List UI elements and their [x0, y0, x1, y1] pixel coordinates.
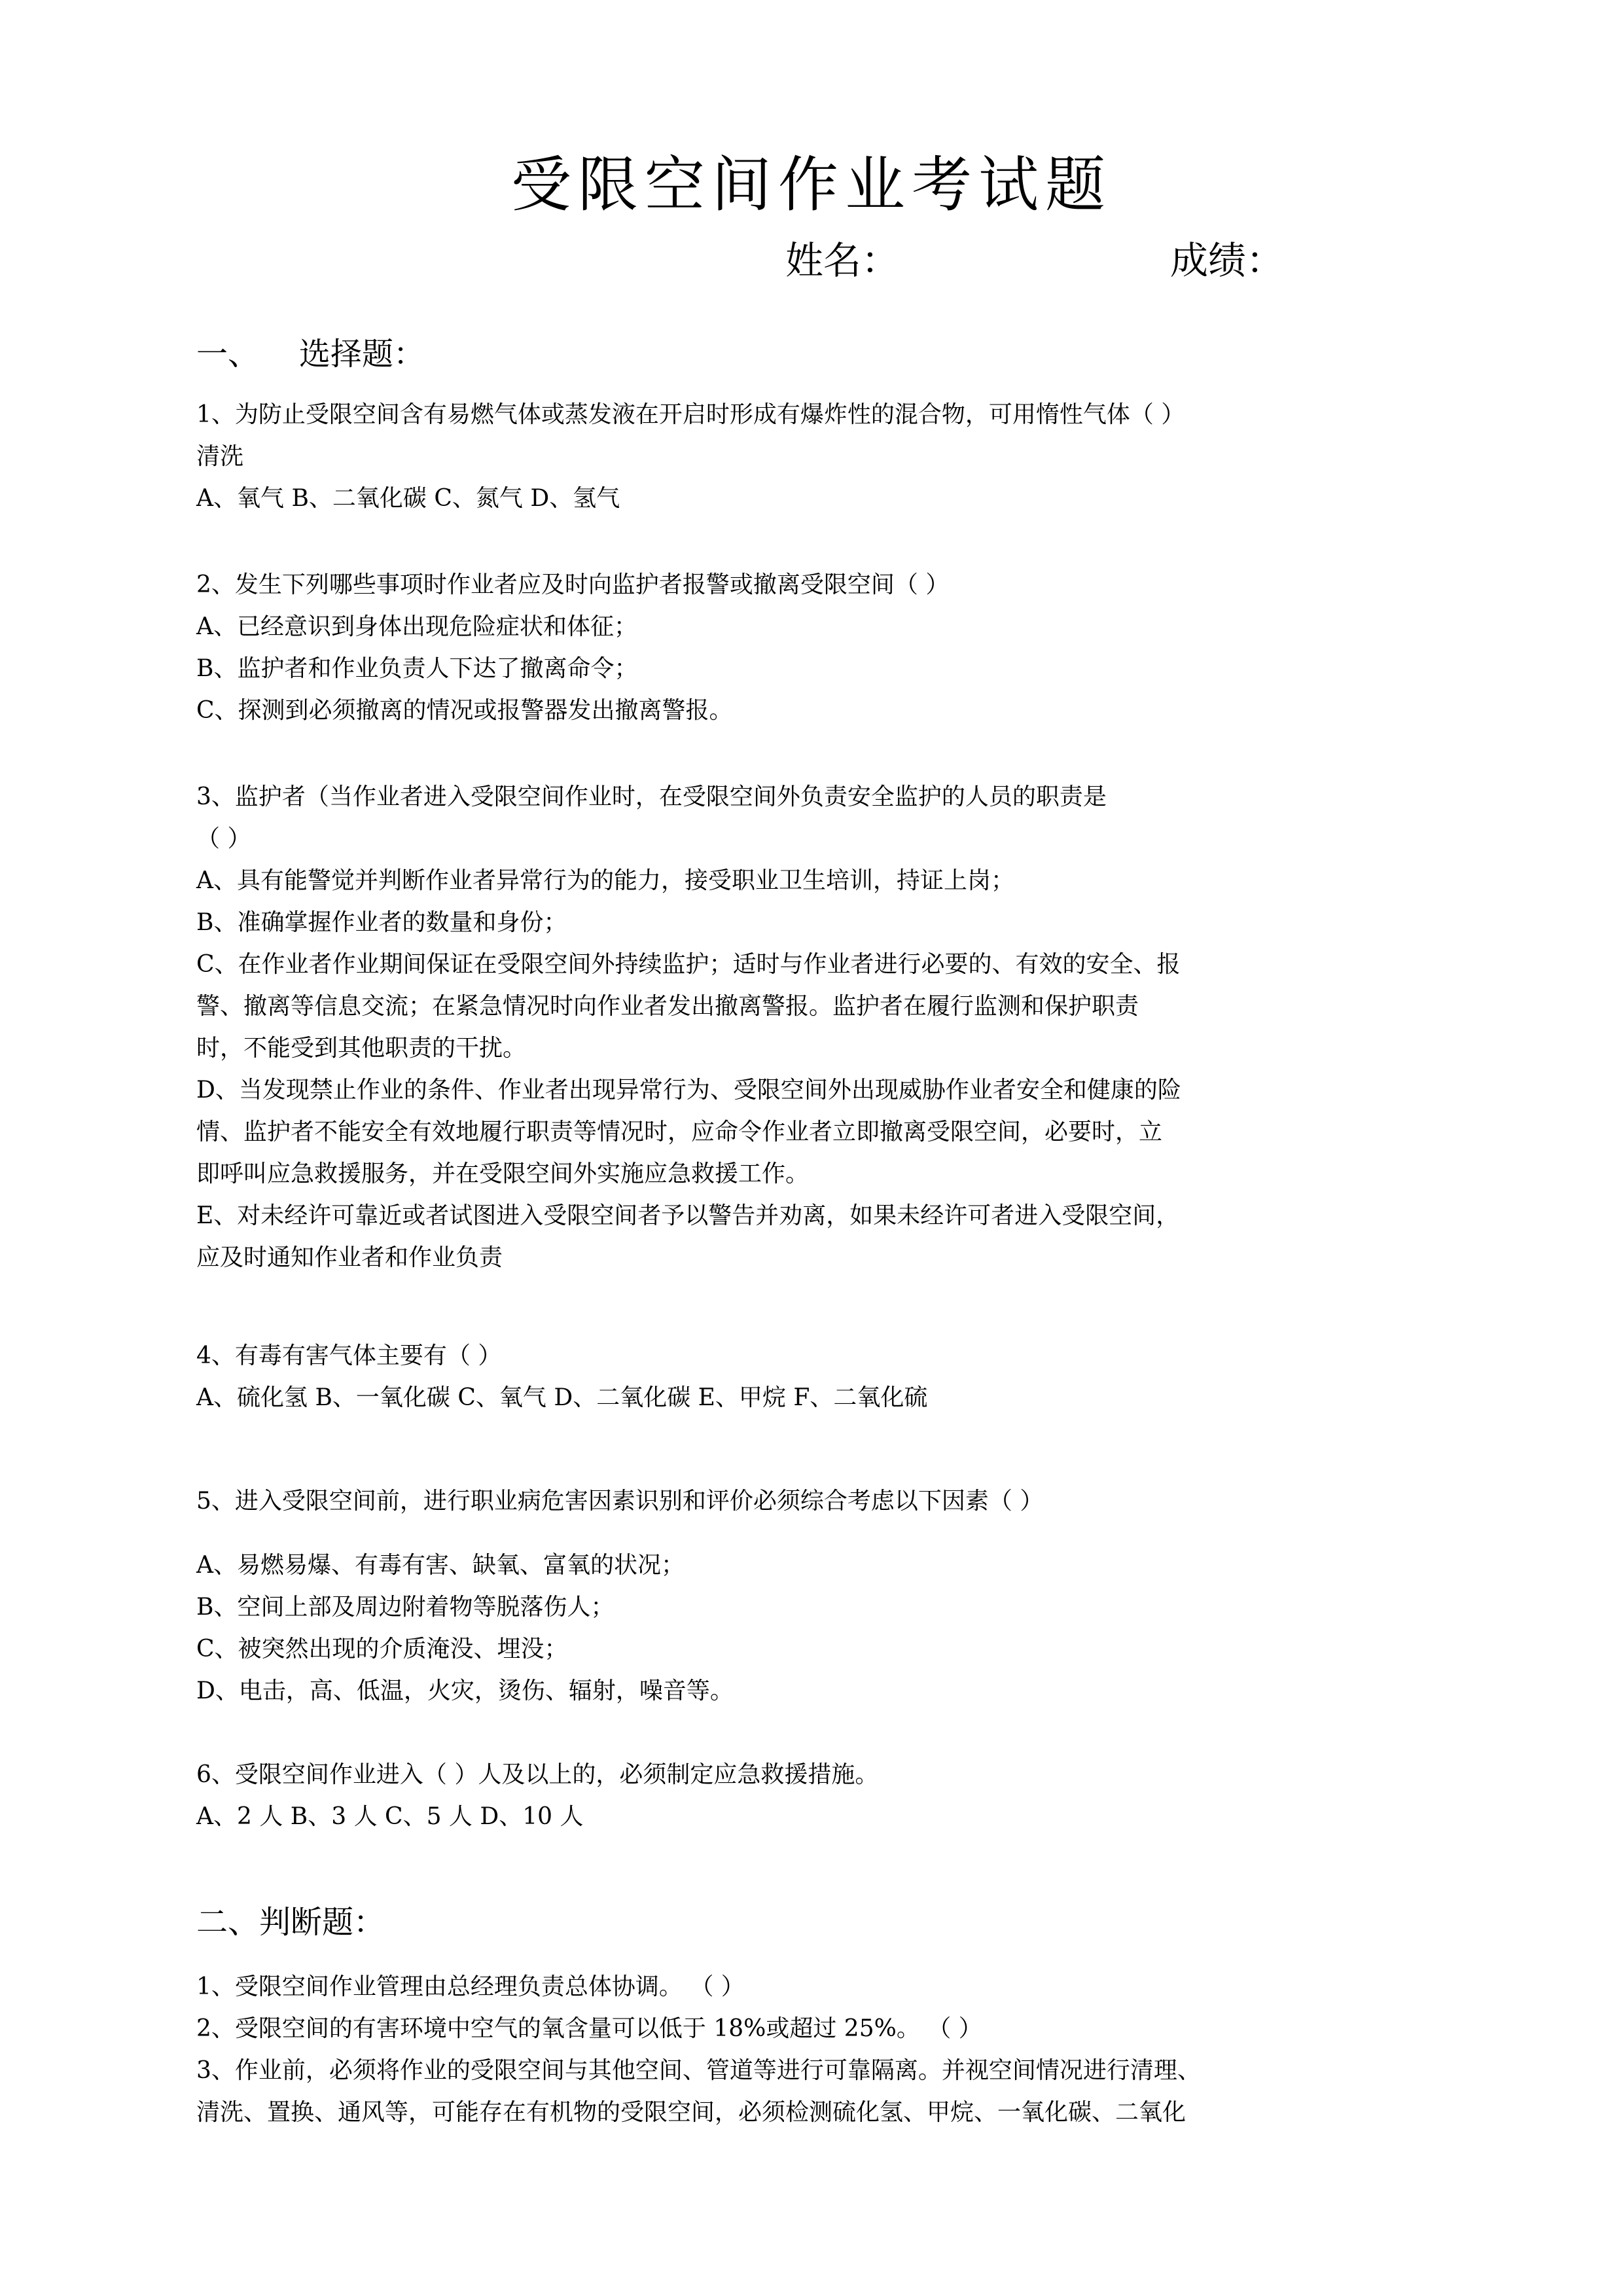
question-option: A、易燃易爆、有毒有害、缺氧、富氧的状况； — [196, 1545, 1479, 1587]
tf-question-3-line: 3、作业前，必须将作业的受限空间与其他空间、管道等进行可靠隔离。并视空间情况进行… — [196, 2050, 1479, 2092]
question-stem-line: 1、为防止受限空间含有易燃气体或蒸发液在开启时形成有爆炸性的混合物，可用惰性气体… — [196, 394, 1479, 436]
exam-page: 受限空间作业考试题 姓名： 成绩： 一、 选择题： 1、为防止受限空间含有易燃气… — [0, 0, 1623, 2296]
question-1: 1、为防止受限空间含有易燃气体或蒸发液在开启时形成有爆炸性的混合物，可用惰性气体… — [196, 394, 1479, 520]
question-stem-line: 5、进入受限空间前，进行职业病危害因素识别和评价必须综合考虑以下因素（ ） — [196, 1480, 1479, 1522]
question-options-line: A、硫化氢 B、一氧化碳 C、氧气 D、二氧化碳 E、甲烷 F、二氧化硫 — [196, 1377, 1479, 1419]
question-stem-line: 3、监护者（当作业者进入受限空间作业时，在受限空间外负责安全监护的人员的职责是 — [196, 776, 1479, 818]
question-2: 2、发生下列哪些事项时作业者应及时向监护者报警或撤离受限空间（ ） A、已经意识… — [196, 564, 1479, 732]
question-stem-line: 4、有毒有害气体主要有（ ） — [196, 1335, 1479, 1377]
question-option: A、具有能警觉并判断作业者异常行为的能力，接受职业卫生培训，持证上岗； — [196, 860, 1479, 902]
exam-title: 受限空间作业考试题 — [0, 143, 1623, 228]
question-5: 5、进入受限空间前，进行职业病危害因素识别和评价必须综合考虑以下因素（ ） A、… — [196, 1480, 1479, 1712]
question-option: 应及时通知作业者和作业负责 — [196, 1237, 1479, 1279]
question-stem-line: 2、发生下列哪些事项时作业者应及时向监护者报警或撤离受限空间（ ） — [196, 564, 1479, 606]
question-option: B、空间上部及周边附着物等脱落伤人； — [196, 1587, 1479, 1628]
question-stem-line: （ ） — [196, 818, 1479, 860]
question-option: 情、监护者不能安全有效地履行职责等情况时，应命令作业者立即撤离受限空间，必要时，… — [196, 1111, 1479, 1153]
question-option: D、当发现禁止作业的条件、作业者出现异常行为、受限空间外出现威胁作业者安全和健康… — [196, 1069, 1479, 1111]
section-heading-multiple-choice: 一、 选择题： — [196, 331, 425, 377]
name-label: 姓名： — [785, 234, 899, 287]
question-stem-line: 清洗 — [196, 436, 1479, 478]
question-option: 警、撤离等信息交流；在紧急情况时向作业者发出撤离警报。监护者在履行监测和保护职责 — [196, 986, 1479, 1028]
question-option: E、对未经许可靠近或者试图进入受限空间者予以警告并劝离，如果未经许可者进入受限空… — [196, 1195, 1479, 1237]
spacer — [196, 1522, 1479, 1545]
tf-question-1: 1、受限空间作业管理由总经理负责总体协调。 （ ） — [196, 1966, 1479, 2008]
question-option: 时，不能受到其他职责的干扰。 — [196, 1028, 1479, 1069]
question-6: 6、受限空间作业进入（ ）人及以上的，必须制定应急救援措施。 A、2 人 B、3… — [196, 1754, 1479, 1838]
question-option: C、在作业者作业期间保证在受限空间外持续监护；适时与作业者进行必要的、有效的安全… — [196, 944, 1479, 986]
question-4: 4、有毒有害气体主要有（ ） A、硫化氢 B、一氧化碳 C、氧气 D、二氧化碳 … — [196, 1335, 1479, 1419]
tf-question-2: 2、受限空间的有害环境中空气的氧含量可以低于 18%或超过 25%。 （ ） — [196, 2008, 1479, 2050]
question-stem-line: 6、受限空间作业进入（ ）人及以上的，必须制定应急救援措施。 — [196, 1754, 1479, 1796]
score-label: 成绩： — [1170, 234, 1284, 287]
true-false-questions: 1、受限空间作业管理由总经理负责总体协调。 （ ） 2、受限空间的有害环境中空气… — [196, 1966, 1479, 2134]
question-options-line: A、2 人 B、3 人 C、5 人 D、10 人 — [196, 1796, 1479, 1838]
question-option: B、准确掌握作业者的数量和身份； — [196, 902, 1479, 944]
section-heading-true-false: 二、判断题： — [196, 1899, 385, 1945]
tf-question-3-line: 清洗、置换、通风等，可能存在有机物的受限空间，必须检测硫化氢、甲烷、一氧化碳、二… — [196, 2092, 1479, 2134]
question-option: B、监护者和作业负责人下达了撤离命令； — [196, 648, 1479, 690]
question-option: D、电击，高、低温，火灾，烫伤、辐射，噪音等。 — [196, 1670, 1479, 1712]
question-option: C、探测到必须撤离的情况或报警器发出撤离警报。 — [196, 690, 1479, 732]
question-option: C、被突然出现的介质淹没、埋没； — [196, 1628, 1479, 1670]
question-options-line: A、氧气 B、二氧化碳 C、氮气 D、氢气 — [196, 478, 1479, 520]
question-3: 3、监护者（当作业者进入受限空间作业时，在受限空间外负责安全监护的人员的职责是 … — [196, 776, 1479, 1279]
question-option: 即呼叫应急救援服务，并在受限空间外实施应急救援工作。 — [196, 1153, 1479, 1195]
question-option: A、已经意识到身体出现危险症状和体征； — [196, 606, 1479, 648]
